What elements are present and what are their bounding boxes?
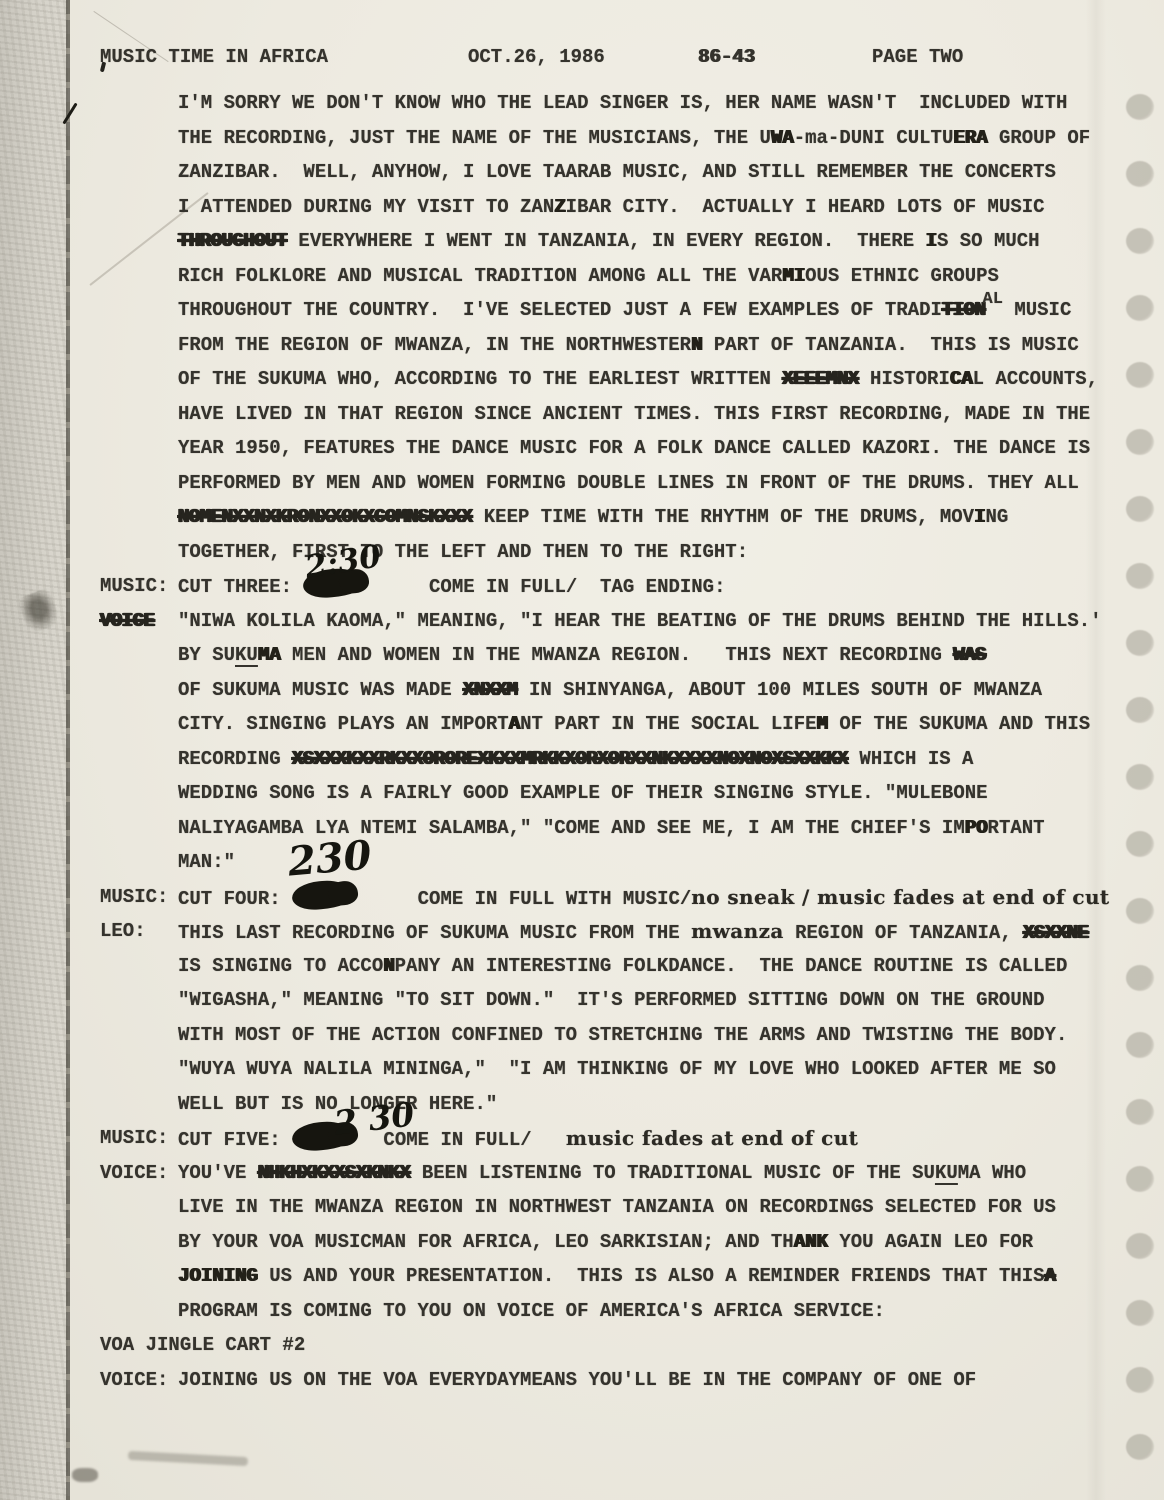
text-segment: OF SUKUMA MUSIC WAS MADE (178, 679, 463, 701)
script-line: WELL BUT IS NO LONGER HERE." (100, 1087, 1150, 1122)
punch-hole (1126, 362, 1154, 388)
text-segment: "WUYA WUYA NALILA MININGA," "I AM THINKI… (178, 1058, 1056, 1080)
text-segment: AL (983, 290, 1003, 309)
line-text: THIS LAST RECORDING OF SUKUMA MUSIC FROM… (178, 914, 1089, 949)
indent-spacer (100, 1087, 178, 1122)
punch-hole (1126, 295, 1154, 321)
text-segment: CUT FIVE: (178, 1129, 292, 1151)
line-text: THROUGHOUT EVERYWHERE I WENT IN TANZANIA… (178, 224, 1040, 259)
line-text: JOINING US AND YOUR PRESENTATION. THIS I… (178, 1259, 1055, 1294)
page-edge-scan-band (0, 0, 68, 1500)
indent-spacer (100, 1294, 178, 1329)
ink-smudge (128, 1451, 248, 1466)
indent-spacer (100, 121, 178, 156)
indent-spacer (100, 86, 178, 121)
text-segment: RICH FOLKLORE AND MUSICAL TRADITION AMON… (178, 265, 782, 287)
cue-label: MUSIC: (100, 569, 178, 604)
text-segment: WHICH IS A (848, 748, 973, 770)
text-segment: ERA (953, 127, 987, 149)
text-segment: YEAR 1950, FEATURES THE DANCE MUSIC FOR … (178, 437, 1090, 459)
indent-spacer (100, 535, 178, 570)
punch-hole (1126, 965, 1154, 991)
text-segment: VOA JINGLE CART #2 (100, 1334, 305, 1356)
punch-hole (1126, 1233, 1154, 1259)
text-segment: XSXXXKXXRKXXOROREXKXXMRKKXORXORXXNKXXXXN… (292, 748, 848, 770)
page-label: PAGE TWO (872, 46, 963, 68)
text-segment: HAVE LIVED IN THAT REGION SINCE ANCIENT … (178, 403, 1090, 425)
indent-spacer (100, 397, 178, 432)
indent-spacer (100, 949, 178, 984)
script-line: BY YOUR VOA MUSICMAN FOR AFRICA, LEO SAR… (100, 1225, 1150, 1260)
text-segment: US AND YOUR PRESENTATION. THIS IS ALSO A… (258, 1265, 1045, 1287)
punch-hole (1126, 1166, 1154, 1192)
text-segment: ANK (794, 1231, 828, 1253)
text-segment: BY YOUR VOA MUSICMAN FOR AFRICA, LEO SAR… (178, 1231, 794, 1253)
text-segment: PANY AN INTERESTING FOLKDANCE. THE DANCE… (395, 955, 1068, 977)
script-line: PROGRAM IS COMING TO YOU ON VOICE OF AME… (100, 1294, 1150, 1329)
text-segment: -ma-DUNI CULTU (794, 127, 954, 149)
handwritten-duration: 2 30 (332, 1097, 416, 1140)
text-segment: ZANZIBAR. WELL, ANYHOW, I LOVE TAARAB MU… (178, 161, 1056, 183)
indent-spacer (100, 293, 178, 328)
line-text: "NIWA KOLILA KAOMA," MEANING, "I HEAR TH… (178, 604, 1102, 639)
text-segment: N (383, 955, 394, 977)
punch-hole (1126, 898, 1154, 924)
line-text: CUT THREE: 2:30 COME IN FULL/ TAG ENDING… (178, 569, 725, 604)
text-segment: YOU'VE (178, 1162, 258, 1184)
text-segment: MAN:" (178, 851, 235, 873)
punch-hole (1126, 831, 1154, 857)
script-line: THROUGHOUT EVERYWHERE I WENT IN TANZANIA… (100, 224, 1150, 259)
text-segment: A (509, 713, 520, 735)
text-segment: MA (258, 644, 281, 666)
text-segment: RECORDING (178, 748, 292, 770)
text-segment: LIVE IN THE MWANZA REGION IN NORTHWEST T… (178, 1196, 1056, 1218)
text-segment: THE RECORDING, JUST THE NAME OF THE MUSI… (178, 127, 771, 149)
line-text: THROUGHOUT THE COUNTRY. I'VE SELECTED JU… (178, 293, 1071, 328)
text-segment: I'M SORRY WE DON'T KNOW WHO THE LEAD SIN… (178, 92, 1067, 114)
line-text: "WIGASHA," MEANING "TO SIT DOWN." IT'S P… (178, 983, 1045, 1018)
script-line: WEDDING SONG IS A FAIRLY GOOD EXAMPLE OF… (100, 776, 1150, 811)
text-segment: MUSIC (1003, 299, 1071, 321)
text-segment: THROUGHOUT THE COUNTRY. I'VE SELECTED JU… (178, 299, 942, 321)
line-text: YEAR 1950, FEATURES THE DANCE MUSIC FOR … (178, 431, 1090, 466)
line-text: I'M SORRY WE DON'T KNOW WHO THE LEAD SIN… (178, 86, 1067, 121)
text-segment: CUT THREE: (178, 576, 303, 598)
text-segment: TOGETHER, FIRST TO THE LEFT AND THEN TO … (178, 541, 748, 563)
text-segment: A (1045, 1265, 1056, 1287)
script-line: THE RECORDING, JUST THE NAME OF THE MUSI… (100, 121, 1150, 156)
indent-spacer (100, 845, 178, 880)
script-line: BY SUKUMA MEN AND WOMEN IN THE MWANZA RE… (100, 638, 1150, 673)
text-segment: music fades at end of cut (566, 1126, 858, 1150)
indent-spacer (100, 742, 178, 777)
text-segment: OUS ETHNIC GROUPS (805, 265, 999, 287)
indent-spacer (100, 1052, 178, 1087)
text-segment: no sneak / music fades at end of cut (691, 885, 1109, 909)
text-segment: REGION OF TANZANIA, (784, 922, 1023, 944)
text-segment: JOINING US ON THE VOA EVERYDAYMEANS YOU'… (178, 1369, 976, 1391)
text-segment: L ACCOUNTS, (973, 368, 1098, 390)
script-lines: I'M SORRY WE DON'T KNOW WHO THE LEAD SIN… (100, 86, 1150, 1397)
line-text: RECORDING XSXXXKXXRKXXOROREXKXXMRKKXORXO… (178, 742, 973, 777)
line-text: NOMENXXNXKRONXXOKXCOMNSKXXX KEEP TIME WI… (178, 500, 1008, 535)
punch-hole (1126, 496, 1154, 522)
indent-spacer (100, 1190, 178, 1225)
script-line: LEO:THIS LAST RECORDING OF SUKUMA MUSIC … (100, 914, 1150, 949)
text-segment: I ATTENDED DURING MY VISIT TO ZAN (178, 196, 554, 218)
handwritten-duration: 230 (286, 835, 373, 882)
cue-label: LEO: (100, 914, 178, 949)
cue-label: VOICE: (100, 1156, 178, 1191)
script-line: I ATTENDED DURING MY VISIT TO ZANZIBAR C… (100, 190, 1150, 225)
cue-label: MUSIC: (100, 880, 178, 915)
script-line: TOGETHER, FIRST TO THE LEFT AND THEN TO … (100, 535, 1150, 570)
punch-hole (1126, 764, 1154, 790)
script-line: CITY. SINGING PLAYS AN IMPORTANT PART IN… (100, 707, 1150, 742)
text-segment: YOU AGAIN LEO FOR (828, 1231, 1033, 1253)
text-segment: COME IN FULL/ TAG ENDING: (383, 576, 725, 598)
line-text: VOA JINGLE CART #2 (100, 1328, 305, 1363)
script-line: OF SUKUMA MUSIC WAS MADE XNXXM IN SHINYA… (100, 673, 1150, 708)
text-segment: MEN AND WOMEN IN THE MWANZA REGION. THIS… (281, 644, 954, 666)
script-number: 86-43 (698, 46, 755, 68)
line-text: IS SINGING TO ACCONPANY AN INTERESTING F… (178, 949, 1067, 984)
script-line: LIVE IN THE MWANZA REGION IN NORTHWEST T… (100, 1190, 1150, 1225)
line-text: ZANZIBAR. WELL, ANYHOW, I LOVE TAARAB MU… (178, 155, 1056, 190)
page-edge-crease-line (66, 0, 70, 1500)
punch-hole (1126, 1099, 1154, 1125)
line-text: BY YOUR VOA MUSICMAN FOR AFRICA, LEO SAR… (178, 1225, 1033, 1260)
indent-spacer (100, 500, 178, 535)
text-segment: Z (554, 196, 565, 218)
text-segment: MA WHO (958, 1162, 1026, 1184)
cue-label: VOICE (100, 604, 178, 639)
text-segment: OF THE SUKUMA AND THIS (828, 713, 1090, 735)
line-text: HAVE LIVED IN THAT REGION SINCE ANCIENT … (178, 397, 1090, 432)
punch-hole (1126, 1367, 1154, 1393)
text-segment: THIS LAST RECORDING OF SUKUMA MUSIC FROM… (178, 922, 691, 944)
script-line: "WUYA WUYA NALILA MININGA," "I AM THINKI… (100, 1052, 1150, 1087)
indent-spacer (100, 328, 178, 363)
text-segment: KU (935, 1162, 958, 1184)
script-line: MAN:" (100, 845, 1150, 880)
text-segment: mwanza (691, 919, 784, 943)
indent-spacer (100, 466, 178, 501)
text-segment: WA (771, 127, 794, 149)
script-line: HAVE LIVED IN THAT REGION SINCE ANCIENT … (100, 397, 1150, 432)
line-text: OF THE SUKUMA WHO, ACCORDING TO THE EARL… (178, 362, 1098, 397)
text-segment: "NIWA KOLILA KAOMA," MEANING, "I HEAR TH… (178, 610, 1102, 632)
text-segment: N (691, 334, 702, 356)
text-segment: S SO MUCH (937, 230, 1040, 252)
handwritten-duration: 2:30 (303, 541, 383, 584)
line-text: LIVE IN THE MWANZA REGION IN NORTHWEST T… (178, 1190, 1056, 1225)
indent-spacer (100, 1225, 178, 1260)
text-segment: MI (782, 265, 805, 287)
line-text: CUT FOUR: 230 COME IN FULL WITH MUSIC/no… (178, 880, 1110, 915)
line-text: MAN:" (178, 845, 235, 880)
text-segment: BY SU (178, 644, 235, 666)
ink-blob: 230 (292, 881, 372, 911)
script-line: JOINING US AND YOUR PRESENTATION. THIS I… (100, 1259, 1150, 1294)
line-text: BY SUKUMA MEN AND WOMEN IN THE MWANZA RE… (178, 638, 986, 673)
text-segment: I (974, 506, 985, 528)
cue-label: VOICE: (100, 1363, 178, 1398)
script-line: MUSIC:CUT FIVE: 2 30 COME IN FULL/ music… (100, 1121, 1150, 1156)
script-line: VOA JINGLE CART #2 (100, 1328, 1150, 1363)
line-text: PROGRAM IS COMING TO YOU ON VOICE OF AME… (178, 1294, 885, 1329)
text-segment: NHKHXKXXSXKNKX (258, 1162, 411, 1184)
text-segment: JOINING (178, 1265, 258, 1287)
text-segment: COME IN FULL WITH MUSIC/ (372, 888, 691, 910)
script-line: IS SINGING TO ACCONPANY AN INTERESTING F… (100, 949, 1150, 984)
text-segment: FROM THE REGION OF MWANZA, IN THE NORTHW… (178, 334, 691, 356)
text-segment: CUT FOUR: (178, 888, 292, 910)
script-line: MUSIC:CUT FOUR: 230 COME IN FULL WITH MU… (100, 880, 1150, 915)
cue-label: MUSIC: (100, 1121, 178, 1156)
script-line: ZANZIBAR. WELL, ANYHOW, I LOVE TAARAB MU… (100, 155, 1150, 190)
line-text: THE RECORDING, JUST THE NAME OF THE MUSI… (178, 121, 1090, 156)
text-segment: PART OF TANZANIA. THIS IS MUSIC (703, 334, 1079, 356)
line-text: WITH MOST OF THE ACTION CONFINED TO STRE… (178, 1018, 1067, 1053)
document-title: MUSIC TIME IN AFRICA (100, 46, 328, 68)
text-segment: WITH MOST OF THE ACTION CONFINED TO STRE… (178, 1024, 1067, 1046)
indent-spacer (100, 1259, 178, 1294)
punch-hole (1126, 697, 1154, 723)
text-segment: OF THE SUKUMA WHO, ACCORDING TO THE EARL… (178, 368, 782, 390)
script-line: YEAR 1950, FEATURES THE DANCE MUSIC FOR … (100, 431, 1150, 466)
text-segment: NG (985, 506, 1008, 528)
punch-hole (1126, 94, 1154, 120)
text-segment: WAS (953, 644, 986, 666)
line-text: CUT FIVE: 2 30 COME IN FULL/ music fades… (178, 1121, 858, 1156)
ink-smudge (72, 1468, 98, 1482)
script-line: FROM THE REGION OF MWANZA, IN THE NORTHW… (100, 328, 1150, 363)
indent-spacer (100, 224, 178, 259)
script-line: NOMENXXNXKRONXXOKXCOMNSKXXX KEEP TIME WI… (100, 500, 1150, 535)
line-text: JOINING US ON THE VOA EVERYDAYMEANS YOU'… (178, 1363, 976, 1398)
text-segment: RTANT (988, 817, 1045, 839)
script-line: MUSIC:CUT THREE: 2:30 COME IN FULL/ TAG … (100, 569, 1150, 604)
text-segment: XNXXM (463, 679, 518, 701)
text-segment: IBAR CITY. ACTUALLY I HEARD LOTS OF MUSI… (566, 196, 1045, 218)
indent-spacer (100, 811, 178, 846)
indent-spacer (100, 673, 178, 708)
text-segment: WEDDING SONG IS A FAIRLY GOOD EXAMPLE OF… (178, 782, 988, 804)
text-segment: I (926, 230, 937, 252)
script-line: VOICE"NIWA KOLILA KAOMA," MEANING, "I HE… (100, 604, 1150, 639)
script-line: VOICE:YOU'VE NHKHXKXXSXKNKX BEEN LISTENI… (100, 1156, 1150, 1191)
line-text: FROM THE REGION OF MWANZA, IN THE NORTHW… (178, 328, 1079, 363)
line-text: CITY. SINGING PLAYS AN IMPORTANT PART IN… (178, 707, 1090, 742)
document-header: MUSIC TIME IN AFRICA OCT.26, 1986 86-43 … (100, 46, 1110, 76)
ink-blob: 2 30 (292, 1122, 372, 1152)
punch-hole (1126, 228, 1154, 254)
text-segment: TION (942, 299, 986, 321)
text-segment: PERFORMED BY MEN AND WOMEN FORMING DOUBL… (178, 472, 1079, 494)
script-line: WITH MOST OF THE ACTION CONFINED TO STRE… (100, 1018, 1150, 1053)
text-segment: GROUP OF (988, 127, 1091, 149)
punch-hole (1126, 161, 1154, 187)
script-line: OF THE SUKUMA WHO, ACCORDING TO THE EARL… (100, 362, 1150, 397)
punch-hole (1126, 429, 1154, 455)
line-text: TOGETHER, FIRST TO THE LEFT AND THEN TO … (178, 535, 748, 570)
punch-hole (1126, 563, 1154, 589)
text-segment: IN SHINYANGA, ABOUT 100 MILES SOUTH OF M… (518, 679, 1043, 701)
indent-spacer (100, 707, 178, 742)
indent-spacer (100, 190, 178, 225)
punch-hole (1126, 1300, 1154, 1326)
text-segment: NALIYAGAMBA LYA NTEMI SALAMBA," "COME AN… (178, 817, 965, 839)
punch-hole (1126, 1434, 1154, 1460)
indent-spacer (100, 259, 178, 294)
text-segment: NT PART IN THE SOCIAL LIFE (520, 713, 816, 735)
text-segment: CA (950, 368, 973, 390)
line-text: I ATTENDED DURING MY VISIT TO ZANZIBAR C… (178, 190, 1045, 225)
ink-blob: 2:30 (303, 569, 383, 599)
script-line: "WIGASHA," MEANING "TO SIT DOWN." IT'S P… (100, 983, 1150, 1018)
text-segment: CITY. SINGING PLAYS AN IMPORT (178, 713, 509, 735)
line-text: WEDDING SONG IS A FAIRLY GOOD EXAMPLE OF… (178, 776, 988, 811)
line-text: RICH FOLKLORE AND MUSICAL TRADITION AMON… (178, 259, 999, 294)
punch-hole (1126, 1032, 1154, 1058)
indent-spacer (100, 776, 178, 811)
text-segment: XSXXNE (1023, 922, 1088, 944)
text-segment: XEEEMNX (782, 368, 858, 390)
line-text: OF SUKUMA MUSIC WAS MADE XNXXM IN SHINYA… (178, 673, 1042, 708)
text-segment: "WIGASHA," MEANING "TO SIT DOWN." IT'S P… (178, 989, 1045, 1011)
script-line: VOICE:JOINING US ON THE VOA EVERYDAYMEAN… (100, 1363, 1150, 1398)
text-segment: M (817, 713, 828, 735)
text-segment: THROUGHOUT (178, 230, 287, 252)
script-line: RICH FOLKLORE AND MUSICAL TRADITION AMON… (100, 259, 1150, 294)
indent-spacer (100, 638, 178, 673)
indent-spacer (100, 155, 178, 190)
punch-hole (1126, 630, 1154, 656)
text-segment: NOMENXXNXKRONXXOKXCOMNSKXXX (178, 506, 472, 528)
text-segment: EVERYWHERE I WENT IN TANZANIA, IN EVERY … (287, 230, 926, 252)
text-segment: IS SINGING TO ACCO (178, 955, 383, 977)
script-line: PERFORMED BY MEN AND WOMEN FORMING DOUBL… (100, 466, 1150, 501)
indent-spacer (100, 983, 178, 1018)
line-text: "WUYA WUYA NALILA MININGA," "I AM THINKI… (178, 1052, 1056, 1087)
script-line: RECORDING XSXXXKXXRKXXOROREXKXXMRKKXORXO… (100, 742, 1150, 777)
text-segment: PROGRAM IS COMING TO YOU ON VOICE OF AME… (178, 1300, 885, 1322)
line-text: YOU'VE NHKHXKXXSXKNKX BEEN LISTENING TO … (178, 1156, 1026, 1191)
script-line: NALIYAGAMBA LYA NTEMI SALAMBA," "COME AN… (100, 811, 1150, 846)
indent-spacer (100, 362, 178, 397)
document-date: OCT.26, 1986 (468, 46, 605, 68)
scanned-script-page: MUSIC TIME IN AFRICA OCT.26, 1986 86-43 … (0, 0, 1164, 1500)
script-line: I'M SORRY WE DON'T KNOW WHO THE LEAD SIN… (100, 86, 1150, 121)
indent-spacer (100, 1018, 178, 1053)
text-segment: BEEN LISTENING TO TRADITIONAL MUSIC OF T… (410, 1162, 935, 1184)
text-segment: PO (965, 817, 988, 839)
text-segment: HISTORI (859, 368, 950, 390)
text-segment: KU (235, 644, 258, 666)
indent-spacer (100, 431, 178, 466)
script-line: THROUGHOUT THE COUNTRY. I'VE SELECTED JU… (100, 293, 1150, 328)
text-segment: KEEP TIME WITH THE RHYTHM OF THE DRUMS, … (472, 506, 974, 528)
line-text: PERFORMED BY MEN AND WOMEN FORMING DOUBL… (178, 466, 1079, 501)
